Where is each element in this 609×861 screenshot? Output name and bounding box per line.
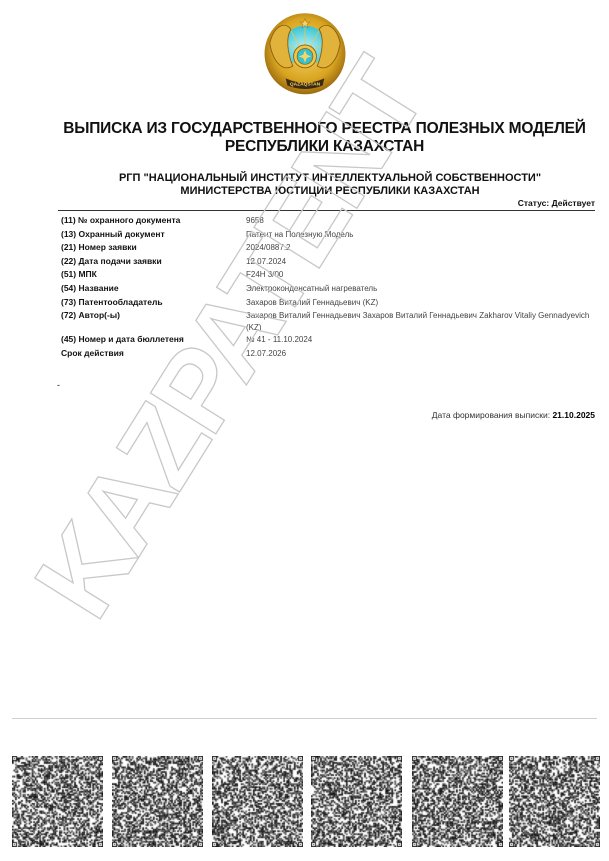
qr-code-icon — [12, 756, 103, 847]
qr-code-icon — [212, 756, 303, 847]
field-row: (51) МПК F24H 3/00 — [61, 268, 601, 282]
title-line-1: ВЫПИСКА ИЗ ГОСУДАРСТВЕННОГО РЕЕСТРА ПОЛЕ… — [0, 120, 609, 138]
generation-date-label: Дата формирования выписки: — [432, 410, 550, 420]
generation-date: Дата формирования выписки: 21.10.2025 — [432, 410, 595, 420]
field-row: Срок действия 12.07.2026 — [61, 347, 601, 361]
field-value: 12.07.2024 — [246, 255, 596, 269]
field-row: (21) Номер заявки 2024/0887.2 — [61, 241, 601, 255]
field-label: (73) Патентообладатель — [61, 296, 246, 310]
field-row: (11) № охранного документа 9658 — [61, 214, 601, 228]
field-value: Захаров Виталий Геннадьевич (KZ) — [246, 296, 596, 310]
field-label: Срок действия — [61, 347, 246, 361]
org-line-1: РГП "НАЦИОНАЛЬНЫЙ ИНСТИТУТ ИНТЕЛЛЕКТУАЛЬ… — [0, 172, 609, 185]
generation-date-value: 21.10.2025 — [552, 410, 595, 420]
document-title: ВЫПИСКА ИЗ ГОСУДАРСТВЕННОГО РЕЕСТРА ПОЛЕ… — [0, 120, 609, 156]
state-emblem-icon: QAZAQSTAN — [261, 8, 349, 96]
field-value: Электроконденсатный нагреватель — [246, 282, 596, 296]
header-divider — [58, 210, 595, 211]
field-value: Патент на Полезную Модель — [246, 228, 596, 242]
field-row: (72) Автор(-ы) Захаров Виталий Геннадьев… — [61, 309, 601, 333]
org-line-2: МИНИСТЕРСТВА ЮСТИЦИИ РЕСПУБЛИКИ КАЗАХСТА… — [0, 185, 609, 198]
field-row: (54) Название Электроконденсатный нагрев… — [61, 282, 601, 296]
field-label: (54) Название — [61, 282, 246, 296]
footer-divider — [12, 718, 597, 719]
registry-fields: (11) № охранного документа 9658 (13) Охр… — [61, 214, 601, 360]
field-value: 9658 — [246, 214, 596, 228]
field-label: (11) № охранного документа — [61, 214, 246, 228]
svg-text:QAZAQSTAN: QAZAQSTAN — [290, 81, 321, 87]
status-badge: Статус: Действует — [518, 198, 595, 208]
field-label: (22) Дата подачи заявки — [61, 255, 246, 269]
status-label: Статус: — [518, 198, 549, 208]
field-label: (45) Номер и дата бюллетеня — [61, 333, 246, 347]
field-value: № 41 - 11.10.2024 — [246, 333, 596, 347]
field-row: (45) Номер и дата бюллетеня № 41 - 11.10… — [61, 333, 601, 347]
title-line-2: РЕСПУБЛИКИ КАЗАХСТАН — [0, 138, 609, 156]
field-label: (72) Автор(-ы) — [61, 309, 246, 333]
qr-code-icon — [311, 756, 402, 847]
field-value: 2024/0887.2 — [246, 241, 596, 255]
issuing-organization: РГП "НАЦИОНАЛЬНЫЙ ИНСТИТУТ ИНТЕЛЛЕКТУАЛЬ… — [0, 172, 609, 198]
qr-code-icon — [412, 756, 503, 847]
field-label: (21) Номер заявки — [61, 241, 246, 255]
field-row: (13) Охранный документ Патент на Полезну… — [61, 228, 601, 242]
qr-code-row — [12, 756, 602, 848]
qr-code-icon — [509, 756, 600, 847]
field-label: (51) МПК — [61, 268, 246, 282]
field-value: Захаров Виталий Геннадьевич Захаров Вита… — [246, 309, 596, 333]
dash-mark: - — [57, 380, 60, 390]
field-value: 12.07.2026 — [246, 347, 596, 361]
field-row: (73) Патентообладатель Захаров Виталий Г… — [61, 296, 601, 310]
field-row: (22) Дата подачи заявки 12.07.2024 — [61, 255, 601, 269]
qr-code-icon — [112, 756, 203, 847]
status-value: Действует — [552, 198, 595, 208]
field-label: (13) Охранный документ — [61, 228, 246, 242]
field-value: F24H 3/00 — [246, 268, 596, 282]
